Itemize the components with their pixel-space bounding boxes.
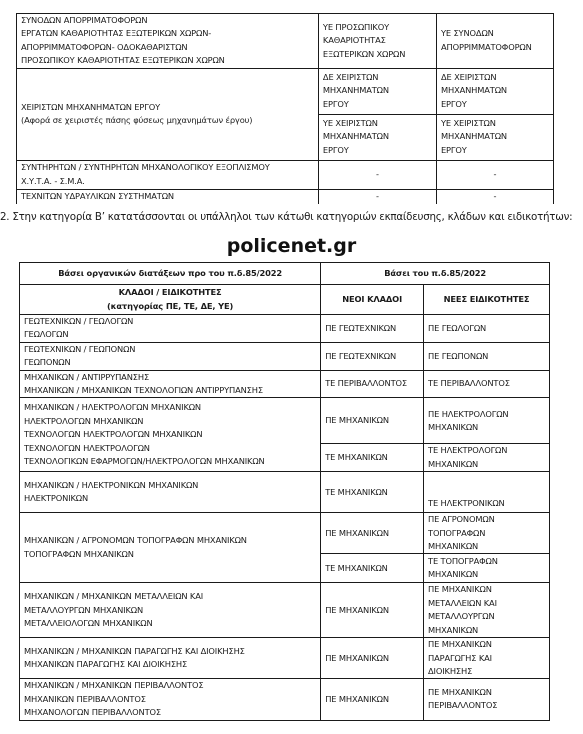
t1-body: ΣΥΝΟΔΩΝ ΑΠΟΡΡΙΜΑΤΟΦΟΡΩΝΕΡΓΑΤΩΝ ΚΑΘΑΡΙΟΤΗ…	[17, 14, 554, 204]
paragraph-category-b: 2. Στην κατηγορία Β’ κατατάσσονται οι υπ…	[0, 210, 583, 224]
old-branch-cell: ΣΥΝΤΗΡΗΤΩΝ / ΣΥΝΤΗΡΗΤΩΝ ΜΗΧΑΝΟΛΟΓΙΚΟΥ ΕΞ…	[17, 160, 319, 189]
new-branch-cell: ΠΕ ΜΗΧΑΝΙΚΩΝ	[321, 398, 424, 444]
new-specialty-cell: ΤΕ ΗΛΕΚΤΡΟΛΟΓΩΝΜΗΧΑΝΙΚΩΝ	[424, 444, 550, 472]
table-row: ΜΗΧΑΝΙΚΩΝ / ΗΛΕΚΤΡΟΝΙΚΩΝ ΜΗΧΑΝΙΚΩΝΗΛΕΚΤΡ…	[20, 472, 550, 513]
new-branch-cell: ΤΕ ΜΗΧΑΝΙΚΩΝ	[321, 444, 424, 472]
old-branch-cell: ΜΗΧΑΝΙΚΩΝ / ΗΛΕΚΤΡΟΛΟΓΩΝ ΜΗΧΑΝΙΚΩΝΗΛΕΚΤΡ…	[20, 398, 321, 472]
old-branch-cell: ΜΗΧΑΝΙΚΩΝ / ΜΗΧΑΝΙΚΩΝ ΠΑΡΑΓΩΓΗΣ ΚΑΙ ΔΙΟΙ…	[20, 638, 321, 679]
table-row: ΜΗΧΑΝΙΚΩΝ / ΜΗΧΑΝΙΚΩΝ ΠΕΡΙΒΑΛΛΟΝΤΟΣΜΗΧΑΝ…	[20, 679, 550, 720]
new-branch-cell: ΤΕ ΜΗΧΑΝΙΚΩΝ	[321, 472, 424, 513]
new-specialty-cell: -	[436, 189, 553, 204]
new-branch-cell: ΠΕ ΓΕΩΤΕΧΝΙΚΩΝ	[321, 342, 424, 370]
new-branch-cell: ΠΕ ΜΗΧΑΝΙΚΩΝ	[321, 583, 424, 638]
header-old-provisions: Βάσει οργανικών διατάξεων προ του π.δ.85…	[20, 263, 321, 285]
new-branch-cell: ΔΕ ΧΕΙΡΙΣΤΩΝΜΗΧΑΝΗΜΑΤΩΝΕΡΓΟΥ	[318, 68, 436, 114]
table-row: ΧΕΙΡΙΣΤΩΝ ΜΗΧΑΝΗΜΑΤΩΝ ΕΡΓΟΥ(Αφορά σε χει…	[17, 68, 554, 114]
table-row: ΜΗΧΑΝΙΚΩΝ / ΗΛΕΚΤΡΟΛΟΓΩΝ ΜΗΧΑΝΙΚΩΝΗΛΕΚΤΡ…	[20, 398, 550, 444]
new-specialty-cell: ΔΕ ΧΕΙΡΙΣΤΩΝΜΗΧΑΝΗΜΑΤΩΝΕΡΓΟΥ	[436, 68, 553, 114]
header-branches-specialties: ΚΛΑΔΟΙ / ΕΙΔΙΚΟΤΗΤΕΣ (κατηγορίας ΠΕ, ΤΕ,…	[20, 285, 321, 315]
old-branch-cell: ΜΗΧΑΝΙΚΩΝ / ΜΗΧΑΝΙΚΩΝ ΜΕΤΑΛΛΕΙΩΝ ΚΑΙΜΕΤΑ…	[20, 583, 321, 638]
new-branch-cell: ΥΕ ΠΡΟΣΩΠΙΚΟΥΚΑΘΑΡΙΟΤΗΤΑΣΕΞΩΤΕΡΙΚΩΝ ΧΩΡΩ…	[318, 14, 436, 69]
table-row: ΣΥΝΟΔΩΝ ΑΠΟΡΡΙΜΑΤΟΦΟΡΩΝΕΡΓΑΤΩΝ ΚΑΘΑΡΙΟΤΗ…	[17, 14, 554, 69]
new-branch-cell: -	[318, 160, 436, 189]
table-row: ΜΗΧΑΝΙΚΩΝ / ΑΓΡΟΝΟΜΩΝ ΤΟΠΟΓΡΑΦΩΝ ΜΗΧΑΝΙΚ…	[20, 513, 550, 554]
new-specialty-cell: ΠΕ ΓΕΩΛΟΓΩΝ	[424, 315, 550, 343]
old-branch-cell: ΜΗΧΑΝΙΚΩΝ / ΗΛΕΚΤΡΟΝΙΚΩΝ ΜΗΧΑΝΙΚΩΝΗΛΕΚΤΡ…	[20, 472, 321, 513]
new-branch-cell: ΠΕ ΓΕΩΤΕΧΝΙΚΩΝ	[321, 315, 424, 343]
new-specialty-cell: -	[436, 160, 553, 189]
new-specialty-cell: ΠΕ ΗΛΕΚΤΡΟΛΟΓΩΝΜΗΧΑΝΙΚΩΝ	[424, 398, 550, 444]
header-new-provisions: Βάσει του π.δ.85/2022	[321, 263, 550, 285]
old-branch-cell: ΓΕΩΤΕΧΝΙΚΩΝ / ΓΕΩΛΟΓΩΝΓΕΩΛΟΓΩΝ	[20, 315, 321, 343]
old-branch-cell: ΜΗΧΑΝΙΚΩΝ / ΜΗΧΑΝΙΚΩΝ ΠΕΡΙΒΑΛΛΟΝΤΟΣΜΗΧΑΝ…	[20, 679, 321, 720]
new-specialty-cell: ΠΕ ΜΗΧΑΝΙΚΩΝΜΕΤΑΛΛΕΙΩΝ ΚΑΙΜΕΤΑΛΛΟΥΡΓΩΝΜΗ…	[424, 583, 550, 638]
new-specialty-cell: ΤΕ ΠΕΡΙΒΑΛΛΟΝΤΟΣ	[424, 370, 550, 398]
new-specialty-cell: ΥΕ ΣΥΝΟΔΩΝΑΠΟΡΡΙΜΜΑΤΟΦΟΡΩΝ	[436, 14, 553, 69]
header-new-specialties: ΝΕΕΣ ΕΙΔΙΚΟΤΗΤΕΣ	[424, 285, 550, 315]
watermark: policenet.gr	[0, 234, 583, 258]
new-specialty-cell: ΤΕ ΤΟΠΟΓΡΑΦΩΝΜΗΧΑΝΙΚΩΝ	[424, 554, 550, 583]
new-branch-cell: ΤΕ ΠΕΡΙΒΑΛΛΟΝΤΟΣ	[321, 370, 424, 398]
new-specialty-cell: ΤΕ ΗΛΕΚΤΡΟΝΙΚΩΝ	[424, 472, 550, 513]
table-row: ΜΗΧΑΝΙΚΩΝ / ΑΝΤΙΡΡΥΠΑΝΣΗΣΜΗΧΑΝΙΚΩΝ / ΜΗΧ…	[20, 370, 550, 398]
header-new-branches: ΝΕΟΙ ΚΛΑΔΟΙ	[321, 285, 424, 315]
old-branch-cell: ΤΕΧΝΙΤΩΝ ΥΔΡΑΥΛΙΚΩΝ ΣΥΣΤΗΜΑΤΩΝ	[17, 189, 319, 204]
old-branch-cell: ΧΕΙΡΙΣΤΩΝ ΜΗΧΑΝΗΜΑΤΩΝ ΕΡΓΟΥ(Αφορά σε χει…	[17, 68, 319, 160]
table-row: ΓΕΩΤΕΧΝΙΚΩΝ / ΓΕΩΛΟΓΩΝΓΕΩΛΟΓΩΝΠΕ ΓΕΩΤΕΧΝ…	[20, 315, 550, 343]
category-b-table: Βάσει οργανικών διατάξεων προ του π.δ.85…	[19, 262, 550, 721]
old-branch-cell: ΜΗΧΑΝΙΚΩΝ / ΑΝΤΙΡΡΥΠΑΝΣΗΣΜΗΧΑΝΙΚΩΝ / ΜΗΧ…	[20, 370, 321, 398]
new-branch-cell: -	[318, 189, 436, 204]
table-row: ΣΥΝΤΗΡΗΤΩΝ / ΣΥΝΤΗΡΗΤΩΝ ΜΗΧΑΝΟΛΟΓΙΚΟΥ ΕΞ…	[17, 160, 554, 189]
new-specialty-cell: ΥΕ ΧΕΙΡΙΣΤΩΝΜΗΧΑΝΗΜΑΤΩΝΕΡΓΟΥ	[436, 114, 553, 160]
old-branch-cell: ΓΕΩΤΕΧΝΙΚΩΝ / ΓΕΩΠΟΝΩΝΓΕΩΠΟΝΩΝ	[20, 342, 321, 370]
header-row-1: Βάσει οργανικών διατάξεων προ του π.δ.85…	[20, 263, 550, 285]
table-row: ΤΕΧΝΙΤΩΝ ΥΔΡΑΥΛΙΚΩΝ ΣΥΣΤΗΜΑΤΩΝ--	[17, 189, 554, 204]
new-branch-cell: ΠΕ ΜΗΧΑΝΙΚΩΝ	[321, 513, 424, 554]
new-branch-cell: ΠΕ ΜΗΧΑΝΙΚΩΝ	[321, 638, 424, 679]
old-branch-cell: ΜΗΧΑΝΙΚΩΝ / ΑΓΡΟΝΟΜΩΝ ΤΟΠΟΓΡΑΦΩΝ ΜΗΧΑΝΙΚ…	[20, 513, 321, 583]
table-row: ΓΕΩΤΕΧΝΙΚΩΝ / ΓΕΩΠΟΝΩΝΓΕΩΠΟΝΩΝΠΕ ΓΕΩΤΕΧΝ…	[20, 342, 550, 370]
old-branch-cell: ΣΥΝΟΔΩΝ ΑΠΟΡΡΙΜΑΤΟΦΟΡΩΝΕΡΓΑΤΩΝ ΚΑΘΑΡΙΟΤΗ…	[17, 14, 319, 69]
new-branch-cell: ΠΕ ΜΗΧΑΝΙΚΩΝ	[321, 679, 424, 720]
header-row-2: ΚΛΑΔΟΙ / ΕΙΔΙΚΟΤΗΤΕΣ (κατηγορίας ΠΕ, ΤΕ,…	[20, 285, 550, 315]
new-specialty-cell: ΠΕ ΜΗΧΑΝΙΚΩΝΠΑΡΑΓΩΓΗΣ ΚΑΙΔΙΟΙΚΗΣΗΣ	[424, 638, 550, 679]
new-branch-cell: ΥΕ ΧΕΙΡΙΣΤΩΝΜΗΧΑΝΗΜΑΤΩΝΕΡΓΟΥ	[318, 114, 436, 160]
new-specialty-cell: ΠΕ ΑΓΡΟΝΟΜΩΝΤΟΠΟΓΡΑΦΩΝΜΗΧΑΝΙΚΩΝ	[424, 513, 550, 554]
new-specialty-cell: ΠΕ ΜΗΧΑΝΙΚΩΝΠΕΡΙΒΑΛΛΟΝΤΟΣ	[424, 679, 550, 720]
new-specialty-cell: ΠΕ ΓΕΩΠΟΝΩΝ	[424, 342, 550, 370]
table-row: ΜΗΧΑΝΙΚΩΝ / ΜΗΧΑΝΙΚΩΝ ΜΕΤΑΛΛΕΙΩΝ ΚΑΙΜΕΤΑ…	[20, 583, 550, 638]
new-branch-cell: ΤΕ ΜΗΧΑΝΙΚΩΝ	[321, 554, 424, 583]
table-row: ΜΗΧΑΝΙΚΩΝ / ΜΗΧΑΝΙΚΩΝ ΠΑΡΑΓΩΓΗΣ ΚΑΙ ΔΙΟΙ…	[20, 638, 550, 679]
classification-table-continued: ΣΥΝΟΔΩΝ ΑΠΟΡΡΙΜΑΤΟΦΟΡΩΝΕΡΓΑΤΩΝ ΚΑΘΑΡΙΟΤΗ…	[16, 13, 554, 204]
t2-body: ΓΕΩΤΕΧΝΙΚΩΝ / ΓΕΩΛΟΓΩΝΓΕΩΛΟΓΩΝΠΕ ΓΕΩΤΕΧΝ…	[20, 315, 550, 721]
